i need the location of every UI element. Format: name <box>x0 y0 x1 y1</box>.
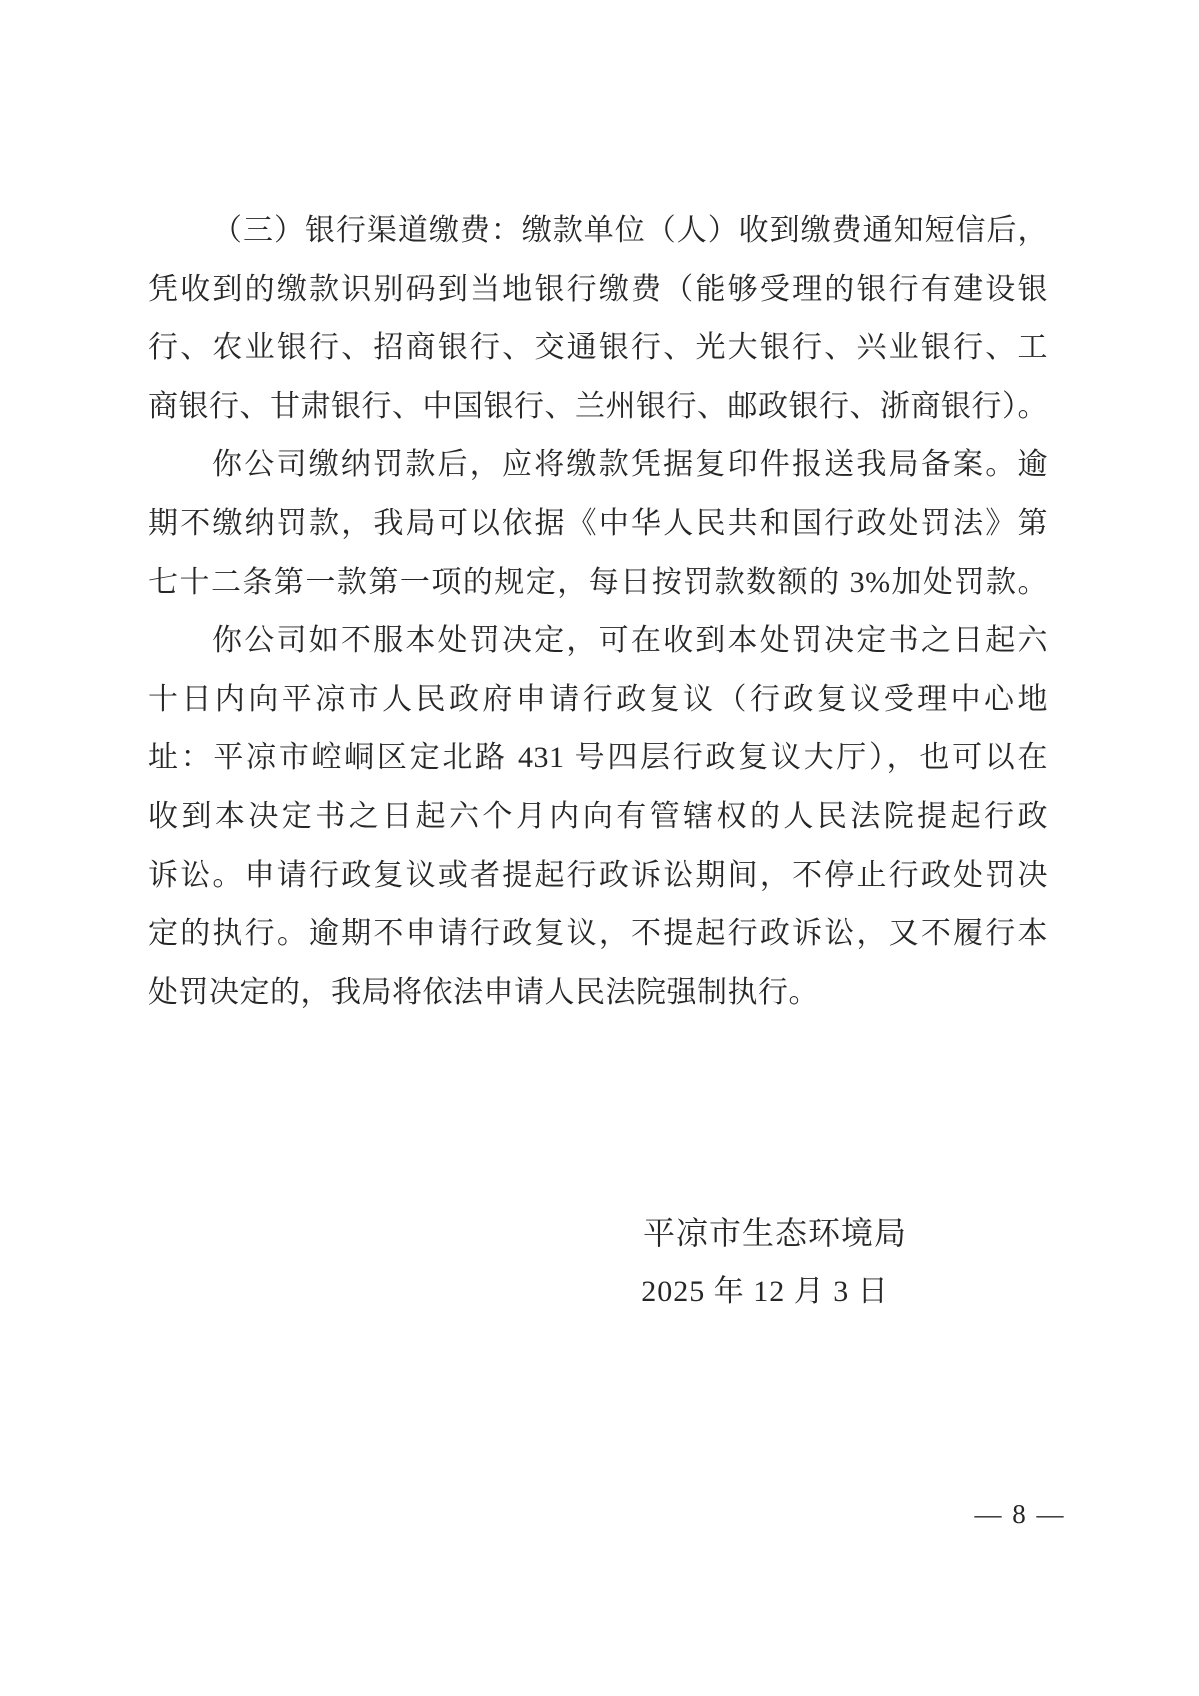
body-line: 收到本决定书之日起六个月内向有管辖权的人民法院提起行政 <box>148 788 1048 847</box>
body-line: 七十二条第一款第一项的规定，每日按罚款数额的 3%加处罚款。 <box>148 554 1048 613</box>
body-line: 址：平凉市崆峒区定北路 431 号四层行政复议大厅），也可以在 <box>148 729 1048 788</box>
document-body: （三）银行渠道缴费：缴款单位（人）收到缴费通知短信后， 凭收到的缴款识别码到当地… <box>148 202 1048 1022</box>
body-line: 行、农业银行、招商银行、交通银行、光大银行、兴业银行、工 <box>148 319 1048 378</box>
body-line: （三）银行渠道缴费：缴款单位（人）收到缴费通知短信后， <box>148 202 1048 261</box>
body-line: 定的执行。逾期不申请行政复议，不提起行政诉讼，又不履行本 <box>148 905 1048 964</box>
issuer-signature: 平凉市生态环境局 <box>640 1212 910 1254</box>
issue-date: 2025 年 12 月 3 日 <box>640 1272 890 1312</box>
body-line: 商银行、甘肃银行、中国银行、兰州银行、邮政银行、浙商银行）。 <box>148 378 1048 437</box>
page-number: — 8 — <box>960 1497 1080 1531</box>
body-line: 诉讼。申请行政复议或者提起行政诉讼期间，不停止行政处罚决 <box>148 847 1048 906</box>
body-line: 你公司缴纳罚款后，应将缴款凭据复印件报送我局备案。逾 <box>148 436 1048 495</box>
body-line: 期不缴纳罚款，我局可以依据《中华人民共和国行政处罚法》第 <box>148 495 1048 554</box>
body-line: 处罚决定的，我局将依法申请人民法院强制执行。 <box>148 964 1048 1023</box>
document-page: （三）银行渠道缴费：缴款单位（人）收到缴费通知短信后， 凭收到的缴款识别码到当地… <box>0 0 1199 1696</box>
body-line: 凭收到的缴款识别码到当地银行缴费（能够受理的银行有建设银 <box>148 261 1048 320</box>
body-line: 十日内向平凉市人民政府申请行政复议（行政复议受理中心地 <box>148 671 1048 730</box>
body-line: 你公司如不服本处罚决定，可在收到本处罚决定书之日起六 <box>148 612 1048 671</box>
